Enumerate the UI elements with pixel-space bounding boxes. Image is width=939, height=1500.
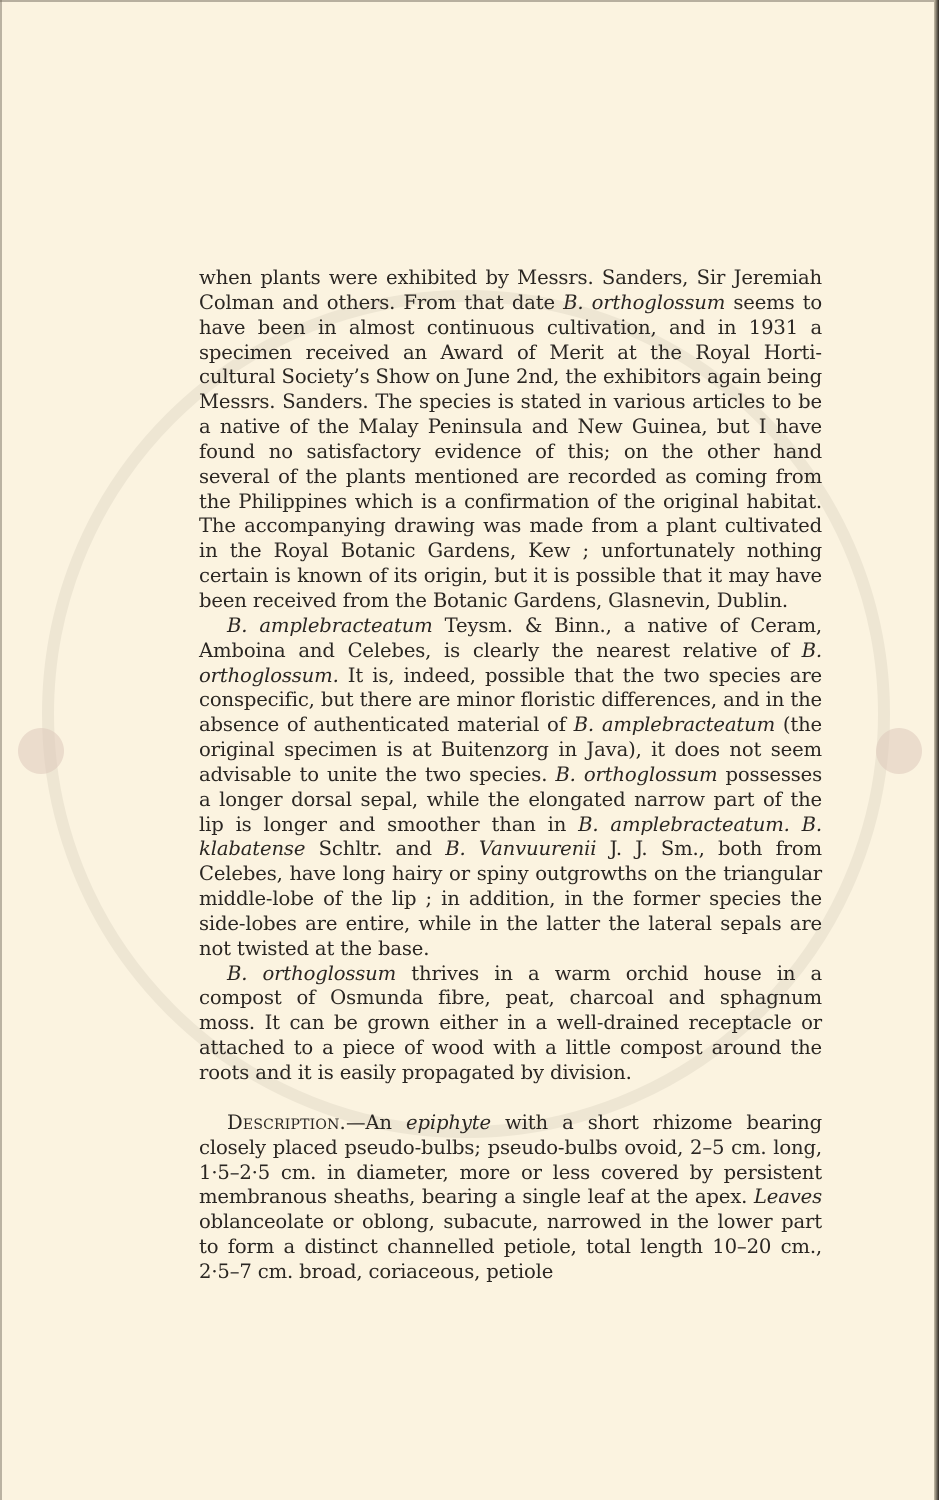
text-run: Schltr. and — [305, 837, 445, 860]
paragraph-description: Description.—An epiphyte with a short rh… — [199, 1111, 822, 1285]
paragraph-related-species: B. amplebracteatum Teysm. & Binn., a nat… — [199, 614, 822, 962]
body-text: when plants were exhibited by Messrs. Sa… — [199, 266, 822, 1285]
page-edge-top — [0, 0, 939, 2]
italic-species-name: B. Vanvuurenii — [445, 837, 596, 860]
italic-species-name: epiphyte — [406, 1111, 491, 1134]
italic-species-name: B. amplebractea­tum — [574, 713, 775, 736]
page-edge-left — [0, 0, 2, 1500]
italic-species-name: B. orthoglossum — [227, 962, 396, 985]
section-heading: Description. — [227, 1111, 346, 1134]
watermark-dot-left — [18, 728, 64, 774]
watermark-dot-right — [876, 728, 922, 774]
italic-species-name: Leaves — [754, 1185, 822, 1208]
page-edge-right — [934, 0, 939, 1500]
text-run: seems to have been in almost continuous … — [199, 291, 822, 612]
italic-species-name: B. amplebractea­tum. — [578, 813, 790, 836]
paragraph-cultivation-notes: B. orthoglossum thrives in a warm orchid… — [199, 962, 822, 1086]
text-run — [790, 813, 802, 836]
paragraph-cultivation-history: when plants were exhibited by Messrs. Sa… — [199, 266, 822, 614]
italic-species-name: B. orthoglossum — [563, 291, 725, 314]
italic-species-name: B. amplebracteatum — [227, 614, 433, 637]
italic-species-name: B. orthoglossum — [555, 763, 717, 786]
text-run: —An — [346, 1111, 406, 1134]
text-run: oblanceolate or oblong, subacute, narrow… — [199, 1210, 822, 1283]
